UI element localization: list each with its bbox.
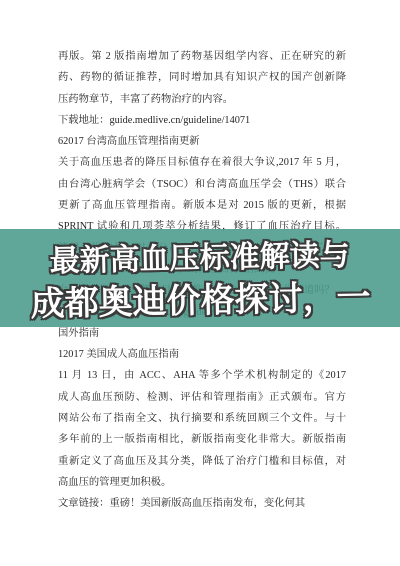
document-line: 压药物章节，丰富了药物治疗的内容。 <box>58 89 346 110</box>
document-line: 由台湾心脏病学会（TSOC）和台湾高血压学会（THS）联合 <box>58 174 346 195</box>
promo-banner-text: 最新高血压标准解读与 成都奥迪价格探讨，一 <box>0 225 400 325</box>
article-page: 再版。第 2 版指南增加了药物基因组学内容、正在研究的新药、药物的循证推荐，同时… <box>0 0 400 566</box>
document-line: 11 月 13 日，由 ACC、AHA 等多个学术机构制定的《2017 <box>58 365 346 386</box>
promo-banner-line2: 成都奥迪价格探讨，一 <box>0 278 400 325</box>
document-line: 62017 台湾高血压管理指南更新 <box>58 131 346 152</box>
document-line: 重新定义了高血压及其分类，降低了治疗门槛和目标值，对 <box>58 451 346 472</box>
document-line: 下载地址：guide.medlive.cn/guideline/14071 <box>58 110 346 131</box>
document-line: 成人高血压预防、检测、评估和管理指南》正式颁布。官方 <box>58 387 346 408</box>
document-line: 文章链接：重磅！美国新版高血压指南发布，变化何其 <box>58 493 346 514</box>
document-line: 多年前的上一版指南相比，新版指南变化非常大。新版指南 <box>58 429 346 450</box>
document-line: 关于高血压患者的降压目标值存在着很大争议,2017 年 5 月， <box>58 152 346 173</box>
promo-banner-line1: 最新高血压标准解读与 <box>0 236 400 283</box>
document-line: 再版。第 2 版指南增加了药物基因组学内容、正在研究的新 <box>58 46 346 67</box>
document-line: 网站公布了指南全文、执行摘要和系统回顾三个文件。与十 <box>58 408 346 429</box>
document-line: 药、药物的循证推荐，同时增加具有知识产权的国产创新降 <box>58 67 346 88</box>
document-line: 更新了高血压管理指南。新版本是对 2015 版的更新，根据 <box>58 195 346 216</box>
document-line: 12017 美国成人高血压指南 <box>58 344 346 365</box>
document-line: 高血压的管理更加积极。 <box>58 472 346 493</box>
promo-banner-overlay[interactable]: 最新高血压标准解读与 成都奥迪价格探讨，一 <box>0 229 400 327</box>
